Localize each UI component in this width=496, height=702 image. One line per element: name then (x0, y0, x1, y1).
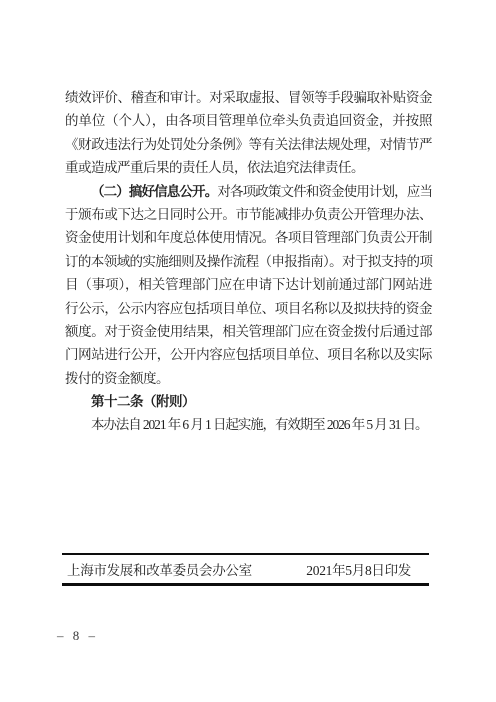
document-body: 绩效评价、稽查和审计。对采取虚报、冒领等手段骗取补贴资金 的单位（个人），由各项… (65, 86, 432, 437)
body-line: 拨付的资金额度。 (65, 367, 432, 390)
issuing-office: 上海市发展和改革委员会办公室 (67, 559, 252, 579)
body-line: 绩效评价、稽查和审计。对采取虚报、冒领等手段骗取补贴资金 (65, 86, 432, 109)
colophon-rule-bottom (62, 583, 429, 586)
print-date: 2021年5月8日印发 (306, 559, 411, 579)
body-line: 行公示，公示内容应包括项目单位、项目名称以及拟扶持的资金 (65, 297, 432, 320)
colophon-row: 上海市发展和改革委员会办公室 2021年5月8日印发 (62, 555, 429, 583)
section-lead-rest: 对各项政策文件和资金使用计划，应当 (217, 184, 432, 199)
body-line: 额度。对于资金使用结果，相关管理部门应在资金拨付后通过部 (65, 320, 432, 343)
body-line: （二）搞好信息公开。对各项政策文件和资金使用计划，应当 (65, 180, 432, 203)
body-line: 订的本领域的实施细则及操作流程（申报指南）。对于拟支持的项 (65, 250, 432, 273)
body-line: 重或造成严重后果的责任人员，依法追究法律责任。 (65, 156, 432, 179)
colophon: 上海市发展和改革委员会办公室 2021年5月8日印发 (62, 553, 429, 586)
body-line: 门网站进行公开，公开内容应包括项目单位、项目名称以及实际 (65, 343, 432, 366)
article-heading: 第十二条（附则） (65, 390, 432, 413)
page-number: – 8 – (57, 628, 98, 644)
body-line: 资金使用计划和年度总体使用情况。各项目管理部门负责公开制 (65, 226, 432, 249)
body-line: 目（事项），相关管理部门应在申请下达计划前通过部门网站进 (65, 273, 432, 296)
document-page: 绩效评价、稽查和审计。对采取虚报、冒领等手段骗取补贴资金 的单位（个人），由各项… (0, 0, 496, 702)
section-lead-bold: （二）搞好信息公开。 (91, 184, 217, 199)
body-line: 于颁布或下达之日同时公开。市节能减排办负责公开管理办法、 (65, 203, 432, 226)
closing-line: 本办法自 2021 年 6 月 1 日起实施，有效期至 2026 年 5 月 3… (65, 413, 432, 436)
body-line: 的单位（个人），由各项目管理单位牵头负责追回资金，并按照 (65, 109, 432, 132)
body-line: 《财政违法行为处罚处分条例》等有关法律法规处理，对情节严 (65, 133, 432, 156)
